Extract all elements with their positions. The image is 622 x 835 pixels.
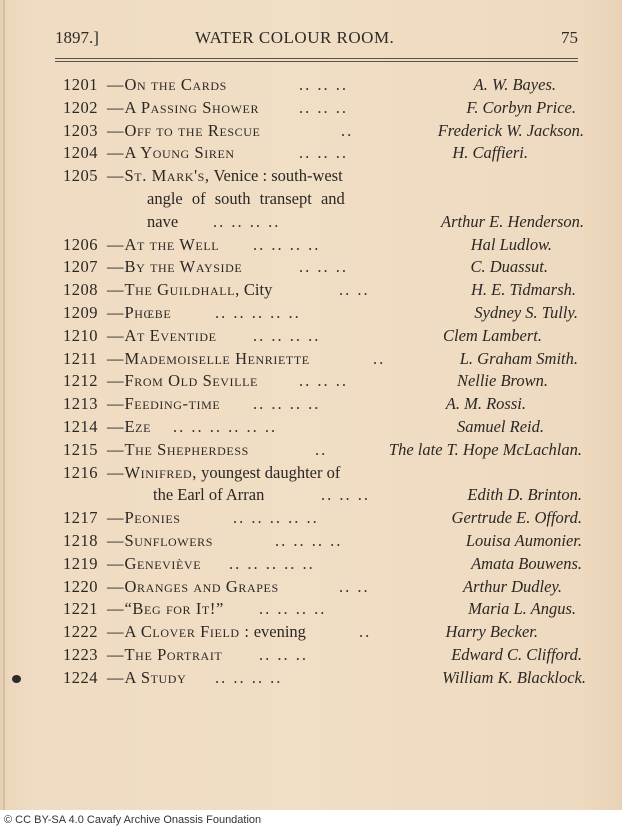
header-year: 1897.]	[55, 28, 99, 48]
entry-number: 1214	[63, 416, 107, 439]
catalogue-entry: 1219—Geneviève .. .. .. .. .. Amata Bouw…	[63, 553, 588, 576]
entry-title: Oranges and Grapes	[125, 577, 279, 596]
entry-number: 1223	[63, 644, 107, 667]
leader-dots: .. .. ..	[299, 97, 348, 120]
catalogue-entry: 1218—Sunflowers .. .. .. .. Louisa Aumon…	[63, 530, 588, 553]
entry-artist: Arthur Dudley.	[463, 576, 562, 599]
catalogue-list: 1201—On the Cards .. .. .. A. W. Bayes. …	[63, 74, 588, 690]
entry-artist: F. Corbyn Price.	[466, 97, 576, 120]
entry-number: 1217	[63, 507, 107, 530]
entry-title-rest: youngest daughter of	[201, 463, 340, 482]
catalogue-entry: 1223—The Portrait .. .. .. Edward C. Cli…	[63, 644, 588, 667]
entry-number: 1215	[63, 439, 107, 462]
entry-number: 1213	[63, 393, 107, 416]
entry-title: “Beg for It!”	[125, 599, 224, 618]
entry-number: 1206	[63, 234, 107, 257]
entry-title: Feeding-time	[125, 394, 221, 413]
entry-title: Geneviève	[125, 554, 202, 573]
entry-title: On the Cards	[125, 75, 227, 94]
entry-artist: The late T. Hope McLachlan.	[389, 439, 582, 462]
leader-dots: .. .. .. .. ..	[233, 507, 319, 530]
catalogue-entry: 1217—Peonies .. .. .. .. .. Gertrude E. …	[63, 507, 588, 530]
ink-spot	[12, 675, 21, 683]
entry-artist: Nellie Brown.	[457, 370, 548, 393]
entry-number: 1201	[63, 74, 107, 97]
entry-number: 1224	[63, 667, 107, 690]
leader-dots: .. .. ..	[299, 256, 348, 279]
entry-title: Phœbe	[125, 303, 172, 322]
entry-number: 1208	[63, 279, 107, 302]
entry-title: A Study	[125, 668, 187, 687]
entry-title: A Young Siren	[125, 143, 235, 162]
entry-number: 1218	[63, 530, 107, 553]
catalogue-entry: 1210—At Eventide .. .. .. .. Clem Lamber…	[63, 325, 588, 348]
entry-continuation: angle of south transept and	[63, 188, 588, 211]
entry-title: Sunflowers	[125, 531, 214, 550]
header-title: WATER COLOUR ROOM.	[195, 28, 394, 48]
entry-number: 1209	[63, 302, 107, 325]
catalogue-entry: 1206—At the Well .. .. .. .. Hal Ludlow.	[63, 234, 588, 257]
entry-artist: Louisa Aumonier.	[466, 530, 582, 553]
entry-artist: Arthur E. Henderson.	[441, 211, 584, 234]
entry-title: Winifred,	[125, 463, 197, 482]
catalogue-entry: 1203—Off to the Rescue .. Frederick W. J…	[63, 120, 588, 143]
catalogue-entry: 1201—On the Cards .. .. .. A. W. Bayes.	[63, 74, 588, 97]
catalogue-entry: 1202—A Passing Shower .. .. .. F. Corbyn…	[63, 97, 588, 120]
entry-title-line3: nave	[147, 212, 178, 231]
entry-number: 1211	[63, 348, 107, 371]
entry-artist: A. W. Bayes.	[474, 74, 556, 97]
license-credit: © CC BY-SA 4.0 Cavafy Archive Onassis Fo…	[4, 814, 261, 826]
catalogue-entry: 1208—The Guildhall, City .. .. H. E. Tid…	[63, 279, 588, 302]
leader-dots: .. .. .. .. ..	[229, 553, 315, 576]
entry-artist: Sydney S. Tully.	[474, 302, 578, 325]
entry-title-rest: evening	[254, 622, 306, 641]
entry-artist: Maria L. Angus.	[468, 598, 576, 621]
entry-artist: Harry Becker.	[445, 621, 538, 644]
entry-title: At the Well	[125, 235, 220, 254]
entry-artist: A. M. Rossi.	[446, 393, 526, 416]
leader-dots: .. .. ..	[299, 142, 348, 165]
entry-continuation: the Earl of Arran .. .. .. Edith D. Brin…	[63, 484, 588, 507]
leader-dots: .. .. .. ..	[275, 530, 342, 553]
leader-dots: .. .. .. ..	[253, 234, 320, 257]
entry-title: St. Mark's,	[125, 166, 210, 185]
entry-number: 1210	[63, 325, 107, 348]
leader-dots: .. .. ..	[299, 370, 348, 393]
entry-title: The Shepherdess	[125, 440, 249, 459]
entry-number: 1220	[63, 576, 107, 599]
page-number: 75	[561, 28, 578, 48]
entry-artist: Samuel Reid.	[457, 416, 544, 439]
entry-artist: Amata Bouwens.	[471, 553, 582, 576]
entry-artist: Edward C. Clifford.	[451, 644, 582, 667]
entry-number: 1219	[63, 553, 107, 576]
entry-artist: Hal Ludlow.	[471, 234, 552, 257]
leader-dots: ..	[341, 120, 353, 143]
catalogue-entry: 1213—Feeding-time .. .. .. .. A. M. Ross…	[63, 393, 588, 416]
entry-title: Mademoiselle Henriette	[125, 349, 310, 368]
leader-dots: .. .. .. ..	[253, 393, 320, 416]
entry-title: A Clover Field :	[125, 622, 250, 641]
leader-dots: ..	[373, 348, 385, 371]
entry-artist: H. E. Tidmarsh.	[471, 279, 576, 302]
entry-number: 1205	[63, 165, 107, 188]
book-page: 1897.] WATER COLOUR ROOM. 75 1201—On the…	[0, 0, 622, 810]
entry-number: 1207	[63, 256, 107, 279]
catalogue-entry: 1220—Oranges and Grapes .. .. Arthur Dud…	[63, 576, 588, 599]
leader-dots: .. .. .. .. ..	[215, 302, 301, 325]
entry-title-rest: City	[244, 280, 272, 299]
leader-dots: .. .. ..	[259, 644, 308, 667]
catalogue-entry: 1204—A Young Siren .. .. .. H. Caffieri.	[63, 142, 588, 165]
entry-title: From Old Seville	[125, 371, 258, 390]
entry-title: The Portrait	[125, 645, 223, 664]
entry-title: Off to the Rescue	[125, 121, 261, 140]
leader-dots: .. .. .. ..	[253, 325, 320, 348]
entry-number: 1221	[63, 598, 107, 621]
leader-dots: .. .. .. .. .. ..	[173, 416, 277, 439]
leader-dots: .. .. .. ..	[213, 211, 280, 234]
entry-artist: Clem Lambert.	[443, 325, 542, 348]
entry-artist: C. Duassut.	[471, 256, 548, 279]
catalogue-entry: 1221—“Beg for It!” .. .. .. .. Maria L. …	[63, 598, 588, 621]
entry-title-rest: Venice : south-west	[213, 166, 342, 185]
catalogue-entry: 1205—St. Mark's, Venice : south-west	[63, 165, 588, 188]
entry-artist: H. Caffieri.	[452, 142, 528, 165]
header-double-rule	[55, 58, 578, 62]
catalogue-entry: 1224—A Study .. .. .. .. William K. Blac…	[63, 667, 588, 690]
leader-dots: .. .. .. ..	[259, 598, 326, 621]
entry-artist: L. Graham Smith.	[460, 348, 578, 371]
entry-number: 1216	[63, 462, 107, 485]
leader-dots: ..	[315, 439, 327, 462]
entry-title: The Guildhall,	[125, 280, 240, 299]
catalogue-entry: 1212—From Old Seville .. .. .. Nellie Br…	[63, 370, 588, 393]
leader-dots: .. ..	[339, 576, 370, 599]
leader-dots: .. .. ..	[321, 484, 370, 507]
entry-number: 1222	[63, 621, 107, 644]
running-header: 1897.] WATER COLOUR ROOM. 75	[55, 28, 578, 54]
entry-artist: Edith D. Brinton.	[467, 484, 582, 507]
entry-artist: Gertrude E. Offord.	[452, 507, 582, 530]
leader-dots: .. .. ..	[299, 74, 348, 97]
entry-title-line2: the Earl of Arran	[153, 485, 264, 504]
catalogue-entry: 1211—Mademoiselle Henriette .. L. Graham…	[63, 348, 588, 371]
entry-title: At Eventide	[125, 326, 217, 345]
entry-title: Eze	[125, 417, 152, 436]
entry-title: A Passing Shower	[125, 98, 260, 117]
entry-artist: William K. Blacklock.	[442, 667, 586, 690]
entry-continuation: nave .. .. .. .. Arthur E. Henderson.	[63, 211, 588, 234]
catalogue-entry: 1207—By the Wayside .. .. .. C. Duassut.	[63, 256, 588, 279]
entry-title: Peonies	[125, 508, 181, 527]
entry-artist: Frederick W. Jackson.	[438, 120, 584, 143]
catalogue-entry: 1222—A Clover Field : evening .. Harry B…	[63, 621, 588, 644]
entry-title: By the Wayside	[125, 257, 243, 276]
entry-number: 1203	[63, 120, 107, 143]
catalogue-entry: 1216—Winifred, youngest daughter of	[63, 462, 588, 485]
entry-number: 1212	[63, 370, 107, 393]
leader-dots: .. ..	[339, 279, 370, 302]
leader-dots: ..	[359, 621, 371, 644]
leader-dots: .. .. .. ..	[215, 667, 282, 690]
catalogue-entry: 1215—The Shepherdess .. The late T. Hope…	[63, 439, 588, 462]
entry-number: 1202	[63, 97, 107, 120]
entry-title-line2: angle of south transept and	[147, 189, 345, 208]
catalogue-entry: 1214—Eze .. .. .. .. .. .. Samuel Reid.	[63, 416, 588, 439]
catalogue-entry: 1209—Phœbe .. .. .. .. .. Sydney S. Tull…	[63, 302, 588, 325]
entry-number: 1204	[63, 142, 107, 165]
